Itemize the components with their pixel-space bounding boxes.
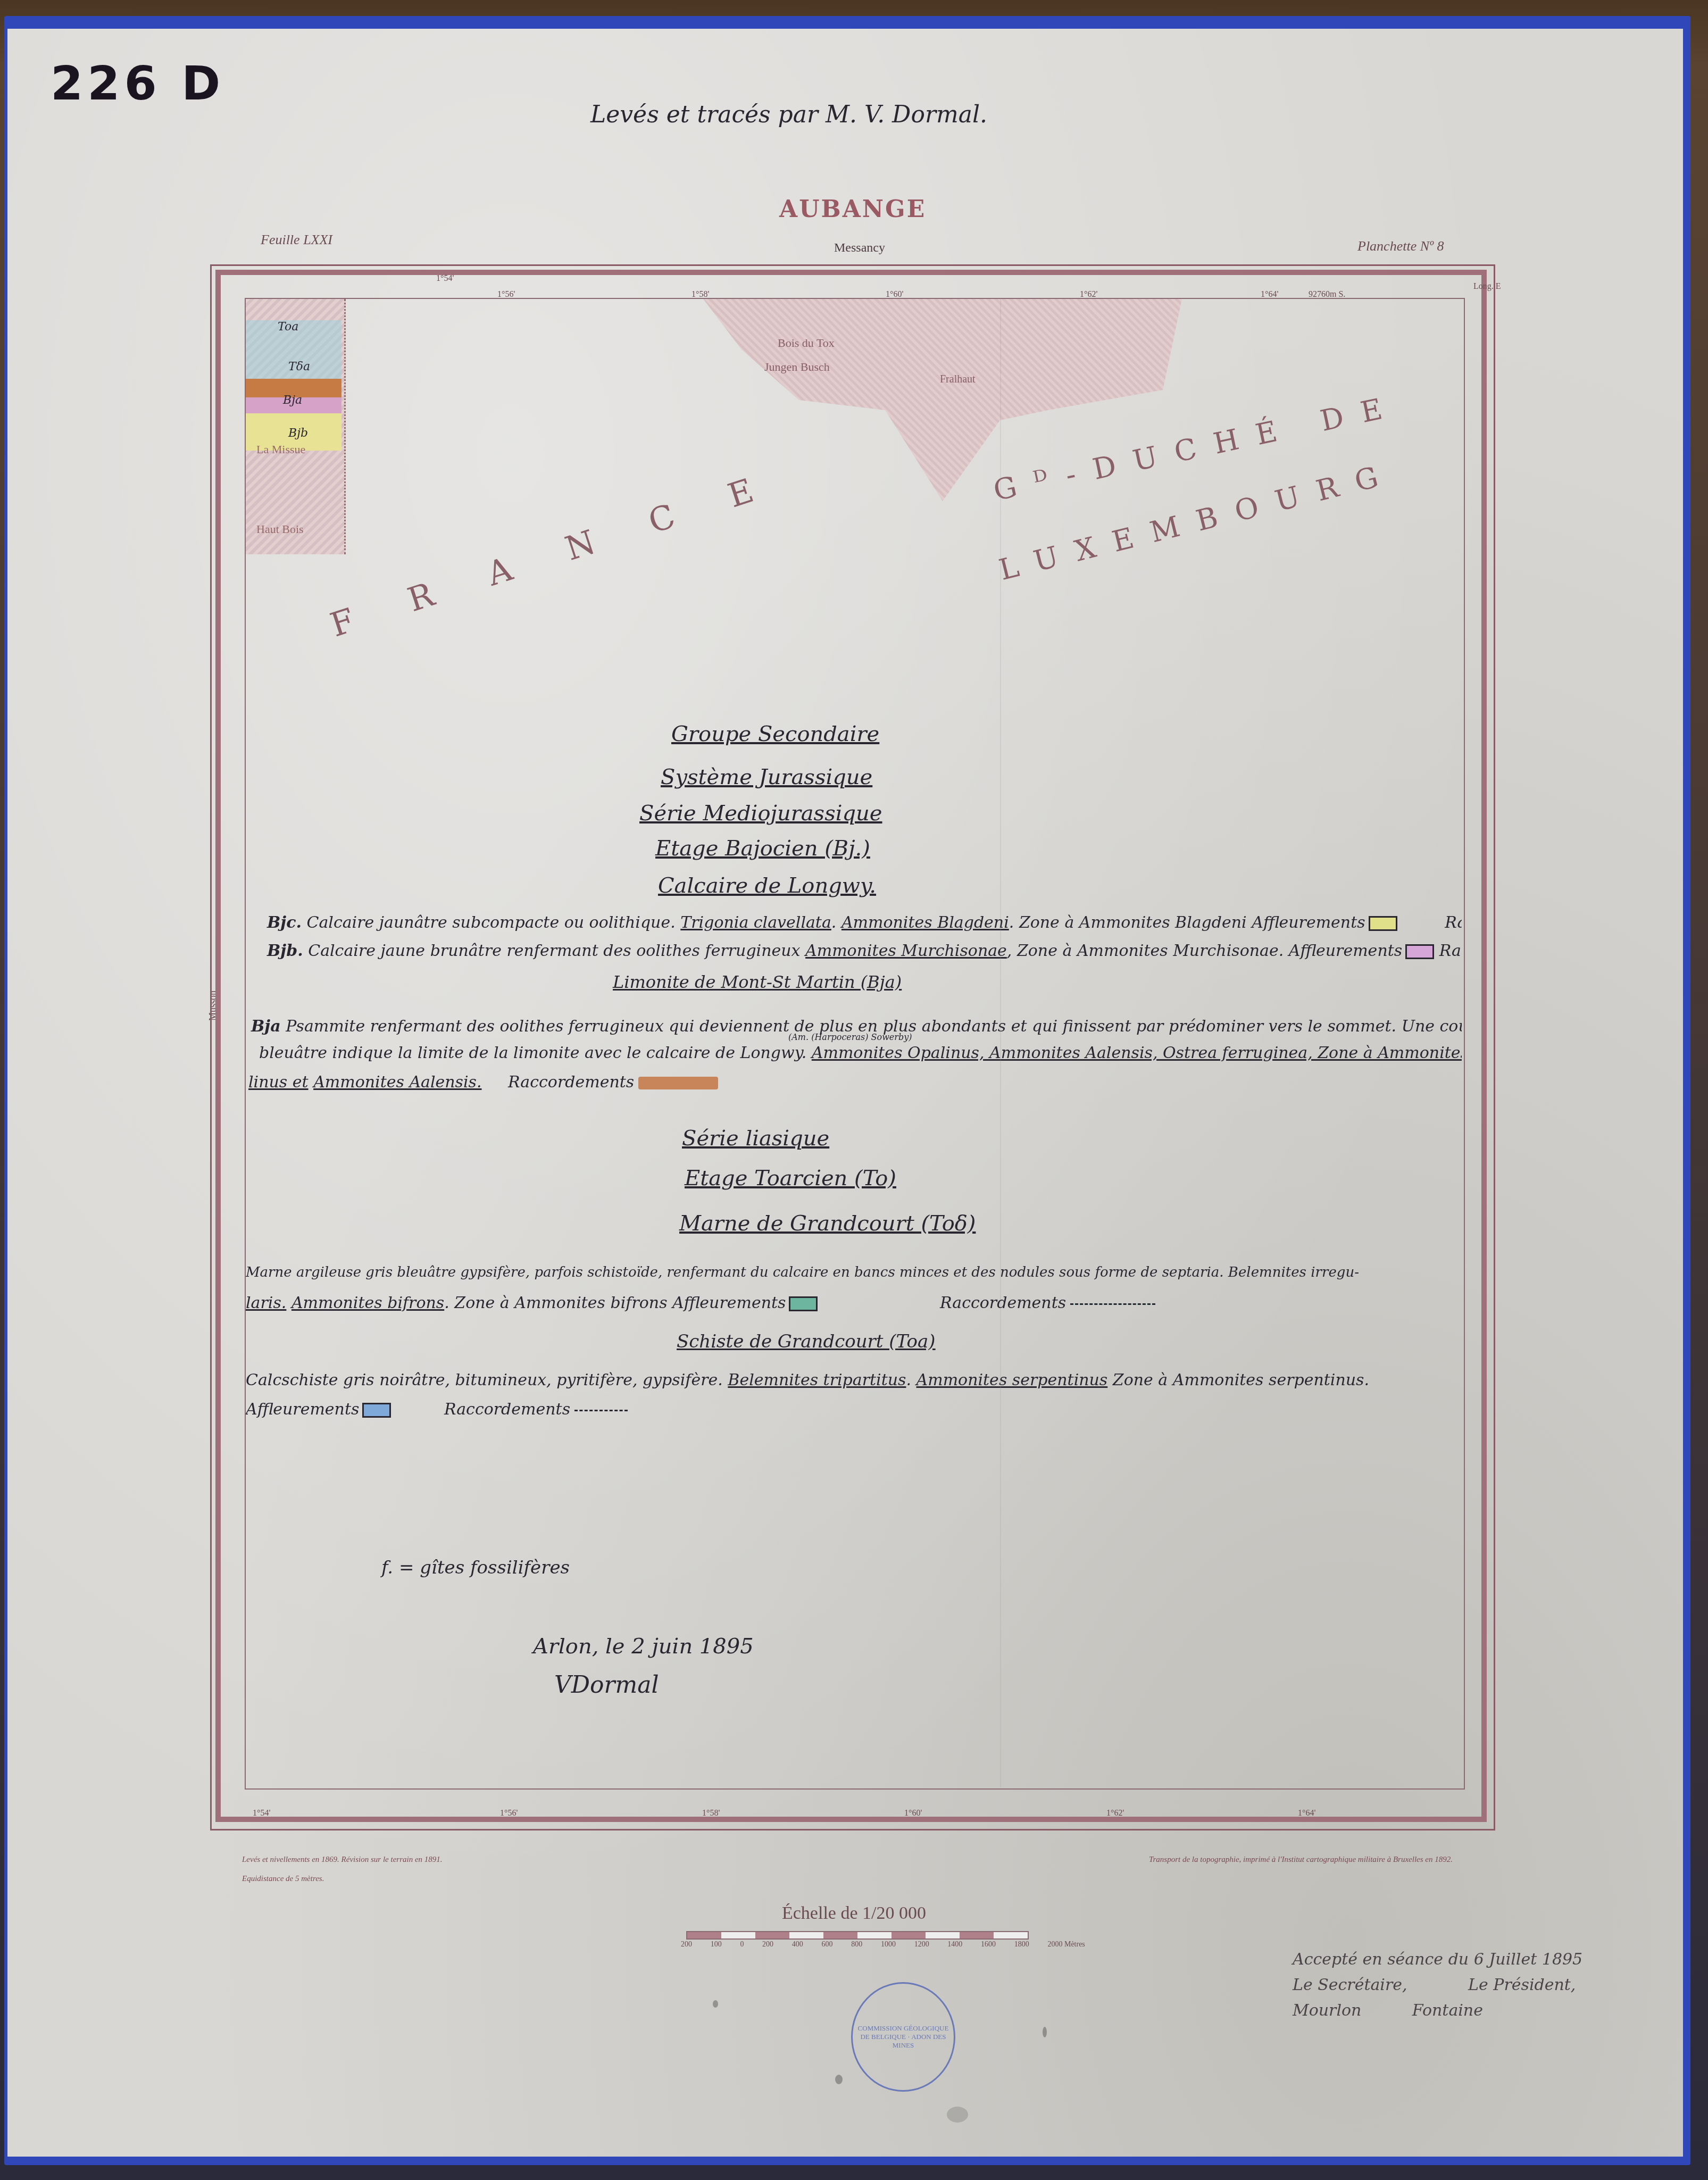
legend-row-bja-3: linus et Ammonites Aalensis. Raccordemen… [248,1073,718,1092]
mold-spot [1043,2027,1047,2037]
scale-tick-label: 200 [681,1941,692,1949]
affleurements-label-toa: Affleurements [246,1400,359,1419]
scale-tick-label: 1600 [981,1941,996,1949]
catalog-number: 226 D [51,56,224,111]
dash-to2 [1070,1303,1155,1305]
desc-bja-2: bleuâtre indique la limite de la limonit… [259,1044,806,1062]
bottom-tick-3: 1°58' [702,1809,720,1818]
swatch-to2 [789,1296,818,1311]
acceptance-line-1: Accepté en séance du 6 Juillet 1895 [1293,1947,1582,1973]
top-tick-1: 1°54' [436,274,454,284]
fossil-serpentinus: Ammonites serpentinus [917,1371,1108,1389]
legend-header-limonite: Limonite de Mont-St Martin (Bja) [613,972,902,992]
top-tick-3: 1°58' [691,290,709,299]
legend-header-liasique: Série liasique [682,1126,829,1151]
top-tick-2: 1°56' [497,290,515,299]
map-title: AUBANGE [779,196,926,223]
fossil-bifrons: Ammonites bifrons [291,1294,444,1312]
zone-toa: Zone à Ammonites serpentinus. [1113,1371,1369,1389]
commission-seal-stamp: COMMISSION GÉOLOGIQUE DE BELGIQUE · ADON… [851,1982,955,2092]
swatch-bjc [1369,916,1397,931]
legend-header-toarcien: Etage Toarcien (To) [685,1166,896,1191]
code-bjb: Bjb. [267,942,303,960]
zone-bjc: Zone à Ammonites Blagdeni [1019,913,1247,932]
scale-tick-label: 2000 Mètres [1047,1941,1085,1949]
seal-text: COMMISSION GÉOLOGIQUE DE BELGIQUE · ADON… [853,2024,954,2050]
raccordements-label-bja: Raccordements [508,1073,634,1092]
acceptance-note: Accepté en séance du 6 Juillet 1895 Le S… [1293,1947,1582,2024]
imprint-survey: Levés et nivellements en 1869. Révision … [242,1856,443,1865]
feuille-label: Feuille LXXI [261,232,332,248]
raccordements-label-bjc: Raccordements [1445,913,1462,932]
raccordements-label-bjb: Raccordements [1439,942,1462,960]
acceptance-signatures: Mourlon Fontaine [1293,1998,1582,2024]
fossil-tripartitus: Belemnites tripartitus [728,1371,906,1389]
map-area: Toa Tδa Bja Bjb La Missue Haut Bois Bois… [246,299,1462,1786]
bottom-tick-4: 1°60' [904,1809,922,1818]
affleurements-label-bjb: Affleurements [1289,942,1402,960]
acceptance-line-2: Le Secrétaire, Le Président, [1293,1973,1582,1998]
legend-header-etage: Etage Bajocien (Bj.) [655,836,870,861]
surveyor-note: Levés et tracés par M. V. Dormal. [590,101,987,128]
code-bja: Bja [251,1017,281,1036]
legend-row-toa-2: Affleurements Raccordements [246,1400,628,1419]
scale-tick-label: 400 [792,1941,803,1949]
affleurements-label-bjc: Affleurements [1252,913,1365,932]
legend-row-bjb: Bjb. Calcaire jaune brunâtre renfermant … [267,942,1462,960]
top-tick-meters: 92760m S. [1309,290,1345,299]
swatch-bjb [1405,944,1434,959]
bja-insert: (Am. (Harpoceras) Sowerby) [788,1032,912,1042]
legend-header-marne: Marne de Grandcourt (Toδ) [679,1211,976,1236]
neighbour-north-label: Messancy [834,241,885,255]
scale-tick-label: 1000 [881,1941,896,1949]
fossil-sites-note: f. = gîtes fossilifères [381,1557,570,1578]
swatch-toa [362,1403,391,1418]
scale-tick-label: 800 [851,1941,862,1949]
desc-to2-2: laris. [246,1294,286,1312]
legend-row-bjc: Bjc. Calcaire jaunâtre subcompacte ou oo… [267,913,1462,932]
imprint-printer: Transport de la topographie, imprimé à l… [1149,1856,1453,1865]
legend-header-calcaire: Calcaire de Longwy. [658,873,876,898]
scale-tick-label: 1800 [1014,1941,1029,1949]
desc-bjc: Calcaire jaunâtre subcompacte ou oolithi… [306,913,675,932]
bottom-tick-6: 1°64' [1298,1809,1315,1818]
scale-tick-label: 1400 [947,1941,962,1949]
desc-bja-3: linus et [248,1073,309,1092]
fossil-blagdeni: Ammonites Blagdeni [841,913,1009,932]
scale-tick-label: 0 [740,1941,744,1949]
top-tick-6: 1°64' [1261,290,1278,299]
fossil-trigonia: Trigonia clavellata [680,913,831,932]
zone-bjb: Zone à Ammonites Murchisonae. [1017,942,1284,960]
top-tick-4: 1°60' [886,290,903,299]
bottom-tick-5: 1°62' [1106,1809,1124,1818]
corner-long-label: Long. E [1473,282,1501,292]
fossil-aalensis: Ammonites Aalensis. [313,1073,481,1092]
legend-header-systeme: Système Jurassique [661,765,872,789]
mold-spot [713,2000,718,2008]
scale-title: Échelle de 1/20 000 [782,1903,926,1924]
legend-header-serie: Série Mediojurassique [639,801,882,826]
legend-row-toa-1: Calcschiste gris noirâtre, bitumineux, p… [246,1371,1369,1389]
fossil-murchisonae: Ammonites Murchisonae [805,942,1007,960]
mold-spot [835,2075,843,2084]
geological-legend: Groupe Secondaire Système Jurassique Sér… [246,299,1462,1786]
raccordements-label-to2: Raccordements [940,1294,1066,1312]
scale-tick-label: 200 [762,1941,773,1949]
desc-toa: Calcschiste gris noirâtre, bitumineux, p… [246,1371,723,1389]
dash-toa [574,1410,628,1411]
bottom-tick-2: 1°56' [500,1809,518,1818]
scale-tick-label: 1200 [914,1941,929,1949]
paper-fold [1000,298,1001,1787]
scale-tick-label: 100 [711,1941,722,1949]
legend-row-to2-1: Marne argileuse gris bleuâtre gypsifère,… [246,1264,1359,1280]
bottom-tick-1: 1°54' [253,1809,270,1818]
legend-header-schiste: Schiste de Grandcourt (Toa) [677,1331,936,1352]
imprint-equidistance: Equidistance de 5 mètres. [242,1875,324,1884]
top-tick-5: 1°62' [1080,290,1097,299]
zone-to2: . Zone à Ammonites bifrons [444,1294,667,1312]
scale-labels: 200 100 0 200 400 600 800 1000 1200 1400… [681,1941,1085,1949]
mold-spot [947,2107,968,2123]
code-bjc: Bjc. [267,913,302,932]
scale-tick-label: 600 [822,1941,833,1949]
scale-bar [686,1931,1029,1940]
legend-row-bja-2: bleuâtre indique la limite de la limonit… [259,1044,1462,1062]
smear-bja [638,1077,718,1089]
legend-header-groupe: Groupe Secondaire [671,722,879,746]
place-date: Arlon, le 2 juin 1895 [533,1634,754,1659]
fossils-bja: Ammonites Opalinus, Ammonites Aalensis, … [812,1044,1462,1062]
author-signature: VDormal [554,1671,659,1699]
affleurements-label-to2: Affleurements [672,1294,786,1312]
raccordements-label-toa: Raccordements [444,1400,570,1419]
planchette-label: Planchette Nº 8 [1357,238,1444,254]
legend-row-to2-2: laris. Ammonites bifrons. Zone à Ammonit… [246,1294,1155,1312]
desc-bjb: Calcaire jaune brunâtre renfermant des o… [308,942,800,960]
